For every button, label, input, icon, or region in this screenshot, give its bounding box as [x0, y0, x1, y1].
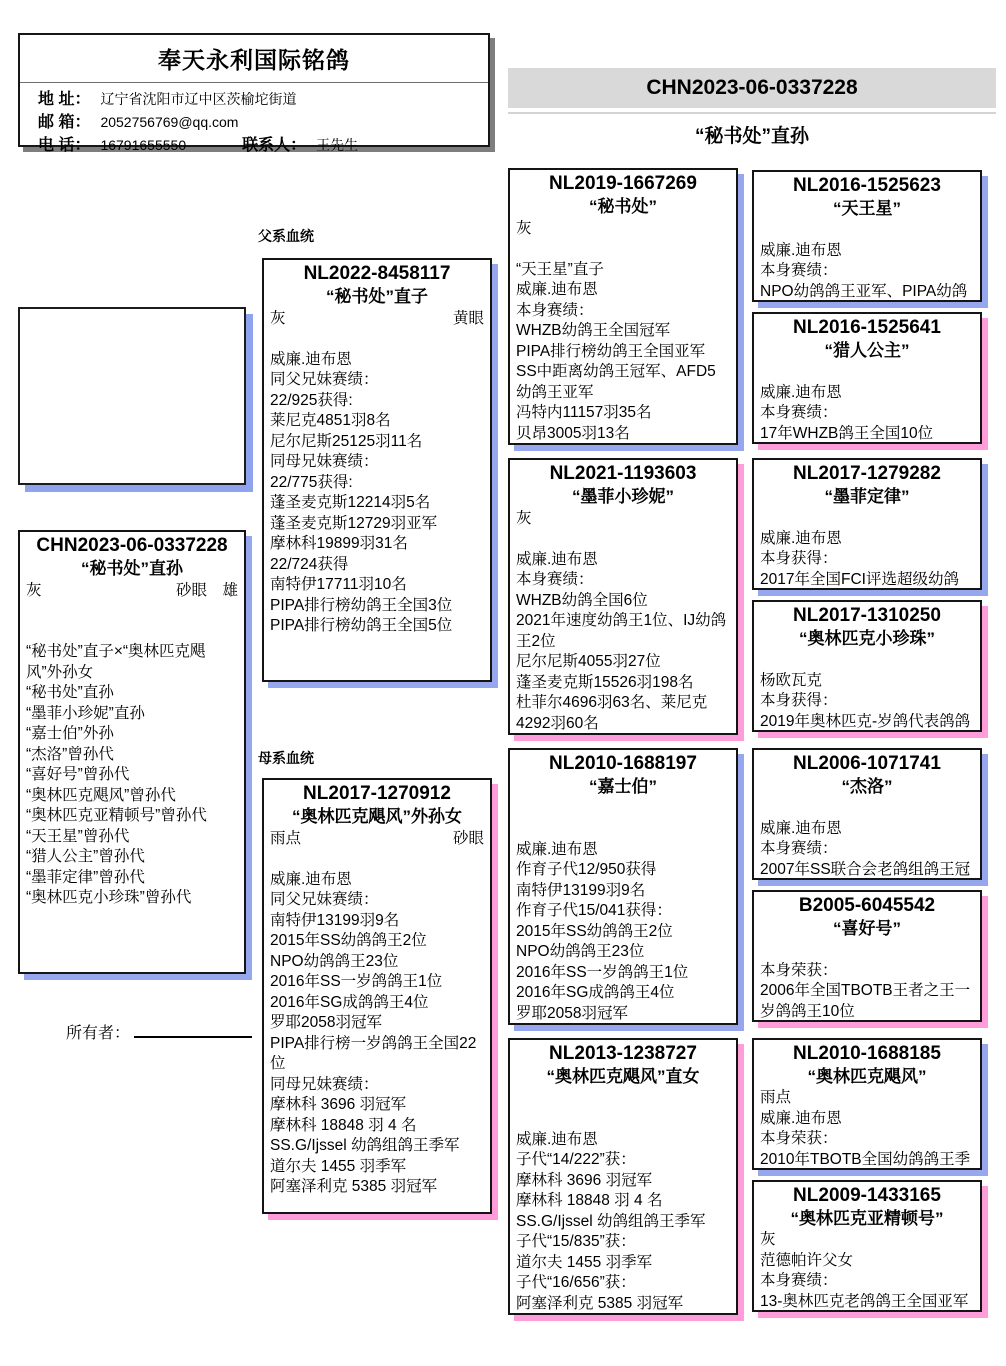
pedigree-line: 本身获得：: [760, 549, 974, 570]
pedigree-line: 作育子代12/950获得: [516, 860, 730, 881]
ring-number: NL2009-1433165: [760, 1184, 974, 1208]
feather-color: 雨点: [270, 828, 301, 849]
owner-row: 所有者：: [66, 1020, 252, 1043]
bird-name: “秘书处”直孙: [26, 558, 238, 580]
pedigree-line: 子代“16/656”获：: [516, 1273, 730, 1294]
feather-color: 灰: [516, 218, 532, 239]
company-header-box: 奉天永利国际铭鸽 地 址：辽宁省沈阳市辽中区茨榆坨街道 邮 箱：20527567…: [18, 33, 490, 147]
pedigree-line: 莱尼克4851羽8名: [270, 411, 484, 432]
feather-color: [516, 798, 520, 819]
pedigree-line: WHZB幼鸽全国6位: [516, 591, 730, 612]
bird-name: “墨菲小珍妮”: [516, 486, 730, 508]
feather-color: 灰: [26, 580, 42, 601]
pedigree-line: [516, 1109, 730, 1130]
pedigree-line: [760, 220, 974, 241]
pedigree-line: [760, 650, 974, 671]
phone-value: 16791655550: [100, 137, 186, 153]
bird-name: “奥林匹克飓风”直女: [516, 1066, 730, 1088]
owner-label: 所有者：: [66, 1025, 130, 1042]
pedigree-line: 本身赛绩：: [760, 839, 974, 860]
pedigree-line: 13-奥林匹克老鸽鸽王全国亚军: [760, 1292, 974, 1313]
pedigree-line: 摩林科 3696 羽冠军: [270, 1095, 484, 1116]
pedigree-line: 22/925获得:: [270, 391, 484, 412]
pedigree-box-mother: NL2017-1270912“奥林匹克飓风”外孙女雨点砂眼 威廉.迪布恩同父兄妹…: [262, 778, 492, 1214]
pedigree-line: [516, 819, 730, 840]
color-eye-row: 灰: [516, 508, 730, 529]
pedigree-line: 2019年奥林匹克-岁鸽代表鸽鸽: [760, 712, 974, 733]
pedigree-box-grandmother-maternal: NL2013-1238727“奥林匹克飓风”直女 威廉.迪布恩子代“14/222…: [508, 1038, 738, 1315]
pedigree-box-ggp-8: NL2009-1433165“奥林匹克亚精顿号”灰范德帕许父女本身赛绩：13-奥…: [752, 1180, 982, 1312]
pedigree-line: “天王星”曾孙代: [26, 827, 238, 848]
pedigree-line: 作育子代15/041获得：: [516, 901, 730, 922]
pedigree-line: PIPA排行榜幼鸽王全国3位: [270, 596, 484, 617]
ring-number: NL2013-1238727: [516, 1042, 730, 1066]
feather-color: 灰: [516, 508, 532, 529]
address-label: 地 址：: [38, 91, 90, 108]
eye-color: 砂眼: [453, 828, 484, 849]
color-eye-row: 雨点砂眼: [270, 828, 484, 849]
pedigree-line: 2016年SS一岁鸽鸽王1位: [270, 972, 484, 993]
color-eye-row: [516, 798, 730, 819]
pedigree-line: 南特伊13199羽9名: [516, 881, 730, 902]
pedigree-line: “奥林匹克小珍珠”曾孙代: [26, 888, 238, 909]
pigeon-photo-placeholder: [18, 307, 246, 485]
phone-label: 电 话：: [38, 137, 90, 154]
pedigree-box-ggp-3: NL2017-1279282“墨菲定律” 威廉.迪布恩本身获得：2017年全国F…: [752, 458, 982, 590]
pedigree-line: “墨菲定律”曾孙代: [26, 868, 238, 889]
pedigree-box-father: NL2022-8458117“秘书处”直子灰黄眼 威廉.迪布恩同父兄妹赛绩：22…: [262, 258, 492, 682]
pedigree-box-ggp-1: NL2016-1525623“天王星” 威廉.迪布恩本身赛绩：NPO幼鸽鸽王亚军…: [752, 170, 982, 302]
pedigree-line: PIPA排行榜幼鸽王全国5位: [270, 616, 484, 637]
pedigree-box-ggp-6: B2005-6045542“喜好号” 本身荣获：2006年全国TBOTB王者之王…: [752, 890, 982, 1022]
ring-number: CHN2023-06-0337228: [26, 534, 238, 558]
pedigree-line: 道尔夫 1455 羽季军: [270, 1157, 484, 1178]
pedigree-line: 杨欧瓦克: [760, 671, 974, 692]
ring-number: B2005-6045542: [760, 894, 974, 918]
pedigree-line: [516, 239, 730, 260]
pedigree-box-grandfather-maternal: NL2010-1688197“嘉士伯” 威廉.迪布恩作育子代12/950获得南特…: [508, 748, 738, 1025]
feather-color: [516, 1088, 520, 1109]
address-row: 地 址：辽宁省沈阳市辽中区茨榆坨街道: [20, 88, 488, 111]
pedigree-line: [760, 362, 974, 383]
pedigree-box-ggp-4: NL2017-1310250“奥林匹克小珍珠” 杨欧瓦克本身获得：2019年奥林…: [752, 600, 982, 732]
pedigree-line: “猎人公主”曾孙代: [26, 847, 238, 868]
ring-number: NL2017-1310250: [760, 604, 974, 628]
bird-name: “嘉士伯”: [516, 776, 730, 798]
pedigree-line: 本身赛绩：: [760, 403, 974, 424]
pedigree-line: 威廉.迪布恩: [760, 529, 974, 550]
pedigree-line: 2016年SG成鸽鸽王4位: [516, 983, 730, 1004]
pedigree-box-ggp-5: NL2006-1071741“杰洛” 威廉.迪布恩本身赛绩：2007年SS联合会…: [752, 748, 982, 880]
pedigree-line: “杰洛”曾孙代: [26, 745, 238, 766]
pedigree-line: “嘉士伯”外孙: [26, 724, 238, 745]
ring-number: NL2010-1688185: [760, 1042, 974, 1066]
pedigree-box-ggp-2: NL2016-1525641“猎人公主” 威廉.迪布恩本身赛绩：17年WHZB鸽…: [752, 312, 982, 444]
pedigree-line: 同母兄妹赛绩：: [270, 452, 484, 473]
pedigree-line: 蓬圣麦克斯12729羽亚军: [270, 514, 484, 535]
ring-bar-divider: [508, 112, 996, 114]
pedigree-line: 2016年SS一岁鸽鸽王1位: [516, 963, 730, 984]
pedigree-line: 蓬圣麦克斯12214羽5名: [270, 493, 484, 514]
pedigree-line: 阿塞泽利克 5385 羽冠军: [516, 1294, 730, 1315]
pedigree-box-ggp-7: NL2010-1688185“奥林匹克飓风”雨点威廉.迪布恩本身荣获：2010年…: [752, 1038, 982, 1170]
pedigree-line: 威廉.迪布恩: [516, 280, 730, 301]
bird-name: “杰洛”: [760, 776, 974, 798]
bird-name: “秘书处”: [516, 196, 730, 218]
email-row: 邮 箱：2052756769@qq.com: [20, 111, 488, 134]
eye-color: 砂眼 雄: [176, 580, 238, 601]
feather-color: 灰: [270, 308, 286, 329]
pedigree-line: 摩林科19899羽31名: [270, 534, 484, 555]
pedigree-certificate-page: 奉天永利国际铭鸽 地 址：辽宁省沈阳市辽中区茨榆坨街道 邮 箱：20527567…: [0, 0, 1006, 1366]
ring-number: NL2016-1525623: [760, 174, 974, 198]
pedigree-line: 2016年SG成鸽鸽王4位: [270, 993, 484, 1014]
pedigree-line: 本身赛绩：: [516, 570, 730, 591]
color-eye-row: 灰: [516, 218, 730, 239]
bird-name: “猎人公主”: [760, 340, 974, 362]
pedigree-line: 2007年SS联合会老鸽组鸽王冠: [760, 860, 974, 881]
ring-number: NL2006-1071741: [760, 752, 974, 776]
pedigree-line: 威廉.迪布恩: [760, 819, 974, 840]
pedigree-line: PIPA排行榜一岁鸽鸽王全国22位: [270, 1034, 484, 1075]
pedigree-line: [760, 940, 974, 961]
pedigree-line: 罗耶2058羽冠军: [270, 1013, 484, 1034]
pedigree-line: “奥林匹克亚精顿号”曾孙代: [26, 806, 238, 827]
ring-number: NL2017-1279282: [760, 462, 974, 486]
pedigree-line: “秘书处”直子×“奥林匹克飓风”外孙女: [26, 642, 238, 683]
bird-name: “奥林匹克飓风”外孙女: [270, 806, 484, 828]
pedigree-line: 雨点: [760, 1088, 974, 1109]
bird-name: “墨菲定律”: [760, 486, 974, 508]
pedigree-line: 2017年全国FCI评选超级幼鸽: [760, 570, 974, 591]
pedigree-line: 南特伊13199羽9名: [270, 911, 484, 932]
pedigree-line: [760, 798, 974, 819]
pedigree-line: “喜好号”曾孙代: [26, 765, 238, 786]
pedigree-line: “奥林匹克飓风”曾孙代: [26, 786, 238, 807]
pedigree-line: 尼尔尼斯4055羽27位: [516, 652, 730, 673]
maternal-line-label: 母系血统: [258, 748, 314, 768]
pedigree-line: 灰: [760, 1230, 974, 1251]
pedigree-line: 冯特内11157羽35名: [516, 403, 730, 424]
bird-name: “天王星”: [760, 198, 974, 220]
pedigree-line: 威廉.迪布恩: [516, 1130, 730, 1151]
pedigree-line: 威廉.迪布恩: [760, 383, 974, 404]
pedigree-line: 威廉.迪布恩: [270, 870, 484, 891]
pedigree-line: 2006年全国TBOTB王者之王一岁鸽鸽王10位: [760, 981, 974, 1022]
pedigree-line: SS.G/Ijssel 幼鸽组鸽王季军: [270, 1136, 484, 1157]
ring-number: NL2022-8458117: [270, 262, 484, 286]
pedigree-line: 本身荣获：: [760, 1129, 974, 1150]
ring-number-bar: CHN2023-06-0337228: [508, 68, 996, 108]
pedigree-line: [270, 329, 484, 350]
pedigree-line: 威廉.迪布恩: [516, 840, 730, 861]
bird-name: “奥林匹克亚精顿号”: [760, 1208, 974, 1230]
pedigree-line: “天王星”直子: [516, 260, 730, 281]
pedigree-line: 22/775获得:: [270, 473, 484, 494]
paternal-line-label: 父系血统: [258, 226, 314, 246]
pedigree-line: 22/724获得: [270, 555, 484, 576]
header-divider: [20, 82, 488, 83]
pedigree-line: [516, 529, 730, 550]
ring-number: NL2016-1525641: [760, 316, 974, 340]
email-label: 邮 箱：: [38, 114, 90, 131]
company-name: 奉天永利国际铭鸽: [20, 35, 488, 75]
pedigree-line: 范德帕许父女: [760, 1251, 974, 1272]
pedigree-line: NPO幼鸽鸽王23位: [270, 952, 484, 973]
pedigree-line: 罗耶2058羽冠军: [516, 1004, 730, 1025]
bird-name: “秘书处”直子: [270, 286, 484, 308]
ring-number: NL2019-1667269: [516, 172, 730, 196]
eye-color: 黄眼: [453, 308, 484, 329]
owner-blank-line: [134, 1020, 252, 1038]
bird-name: “奥林匹克小珍珠”: [760, 628, 974, 650]
pedigree-line: 摩林科 18848 羽 4 名: [270, 1116, 484, 1137]
pedigree-line: “墨菲小珍妮”直孙: [26, 704, 238, 725]
pedigree-line: 贝昂3005羽13名: [516, 424, 730, 445]
address-value: 辽宁省沈阳市辽中区茨榆坨街道: [100, 91, 296, 107]
pedigree-box-grandfather-paternal: NL2019-1667269“秘书处”灰 “天王星”直子威廉.迪布恩本身赛绩：W…: [508, 168, 738, 445]
pedigree-line: 本身获得：: [760, 691, 974, 712]
pedigree-line: 本身赛绩：: [760, 261, 974, 282]
pedigree-line: 子代“15/835”获：: [516, 1232, 730, 1253]
bird-name: “奥林匹克飓风”: [760, 1066, 974, 1088]
bird-name: “喜好号”: [760, 918, 974, 940]
pedigree-line: 同父兄妹赛绩：: [270, 890, 484, 911]
contact-person-value: 王先生: [316, 137, 358, 153]
pedigree-line: PIPA排行榜幼鸽王全国亚军: [516, 342, 730, 363]
pedigree-line: 威廉.迪布恩: [760, 1109, 974, 1130]
pedigree-line: 同父兄妹赛绩：: [270, 370, 484, 391]
pedigree-line: 道尔夫 1455 羽季军: [516, 1253, 730, 1274]
contact-person-label: 联系人：: [242, 137, 306, 154]
pedigree-line: [270, 849, 484, 870]
pedigree-line: 威廉.迪布恩: [760, 241, 974, 262]
pedigree-line: 杜菲尔4696羽63名、莱尼克4292羽60名: [516, 693, 730, 734]
pedigree-line: 子代“14/222”获：: [516, 1150, 730, 1171]
ring-number: NL2017-1270912: [270, 782, 484, 806]
color-eye-row: 灰黄眼: [270, 308, 484, 329]
pedigree-line: 蓬圣麦克斯15526羽198名: [516, 673, 730, 694]
pedigree-box-grandmother-paternal: NL2021-1193603“墨菲小珍妮”灰 威廉.迪布恩本身赛绩：WHZB幼鸽…: [508, 458, 738, 735]
pedigree-line: 摩林科 3696 羽冠军: [516, 1171, 730, 1192]
color-eye-row: [516, 1088, 730, 1109]
pedigree-line: “秘书处”直孙: [26, 683, 238, 704]
email-value: 2052756769@qq.com: [100, 114, 238, 130]
pedigree-box-main-bird: CHN2023-06-0337228“秘书处”直孙灰砂眼 雄 “秘书处”直子×“…: [18, 530, 246, 974]
pedigree-subtitle: “秘书处”直孙: [508, 121, 996, 148]
pedigree-line: NPO幼鸽鸽王23位: [516, 942, 730, 963]
pedigree-line: 2010年TBOTB全国幼鸽鸽王季: [760, 1150, 974, 1171]
pedigree-line: 2015年SS幼鸽鸽王2位: [270, 931, 484, 952]
pedigree-line: 本身荣获：: [760, 961, 974, 982]
pedigree-line: 同母兄妹赛绩：: [270, 1075, 484, 1096]
pedigree-line: 威廉.迪布恩: [270, 350, 484, 371]
ring-number: NL2021-1193603: [516, 462, 730, 486]
pedigree-line: [26, 601, 238, 622]
pedigree-line: 2021年速度幼鸽王1位、IJ幼鸽王2位: [516, 611, 730, 652]
pedigree-line: NPO幼鸽鸽王亚军、PIPA幼鸽: [760, 282, 974, 303]
pedigree-line: 尼尔尼斯25125羽11名: [270, 432, 484, 453]
pedigree-line: 17年WHZB鸽王全国10位: [760, 424, 974, 445]
pedigree-line: WHZB幼鸽王全国冠军: [516, 321, 730, 342]
pedigree-line: 2015年SS幼鸽鸽王2位: [516, 922, 730, 943]
pedigree-line: 摩林科 18848 羽 4 名: [516, 1191, 730, 1212]
pedigree-line: 本身赛绩：: [760, 1271, 974, 1292]
ring-number: NL2010-1688197: [516, 752, 730, 776]
pedigree-line: [760, 508, 974, 529]
pedigree-line: [26, 622, 238, 643]
pedigree-line: SS中距离幼鸽王冠军、AFD5幼鸽王亚军: [516, 362, 730, 403]
phone-row: 电 话：16791655550联系人：王先生: [20, 134, 488, 157]
color-eye-row: 灰砂眼 雄: [26, 580, 238, 601]
pedigree-line: 南特伊17711羽10名: [270, 575, 484, 596]
pedigree-line: 威廉.迪布恩: [516, 550, 730, 571]
pedigree-line: 阿塞泽利克 5385 羽冠军: [270, 1177, 484, 1198]
pedigree-line: 本身赛绩：: [516, 301, 730, 322]
pedigree-line: SS.G/Ijssel 幼鸽组鸽王季军: [516, 1212, 730, 1233]
